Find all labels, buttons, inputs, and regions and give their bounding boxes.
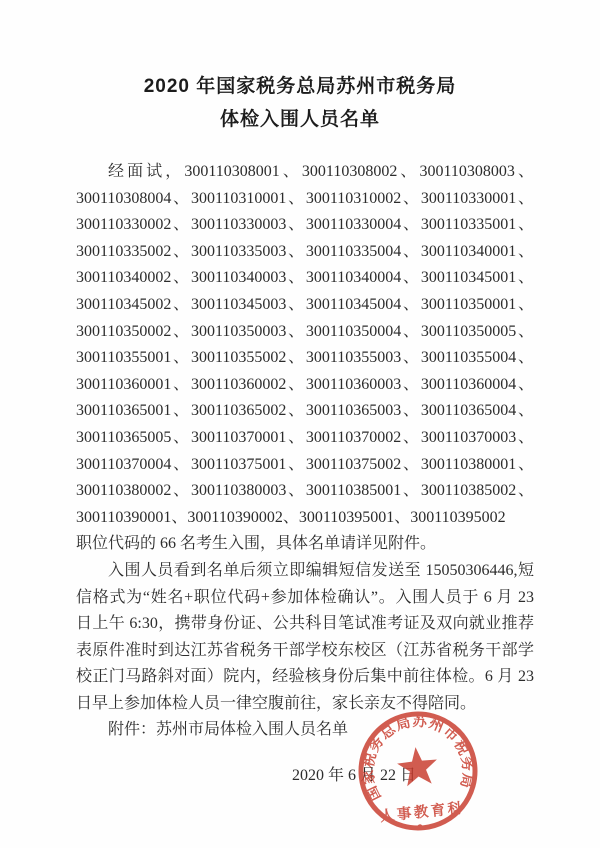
text-line: 300110390001、300110390002、300110395001、3… [76,505,534,532]
notice-paragraph: 入围人员看到名单后须立即编辑短信发送至 15050306446,短信格式为“姓名… [76,558,534,718]
text-line: 日早上参加体检人员一律空腹前往，家长亲友不得陪同。 [76,691,534,718]
text-line: 300110335002、300110335003、300110335004、3… [76,239,534,266]
document-title: 2020 年国家税务总局苏州市税务局 体检入围人员名单 [0,0,600,136]
text-line: 300110360001、300110360002、300110360003、3… [76,372,534,399]
text-line: 300110308004、300110310001、300110310002、3… [76,186,534,213]
text-line: 300110365005、300110370001、300110370002、3… [76,425,534,452]
text-line: 入围人员看到名单后须立即编辑短信发送至 15050306446,短 [76,558,534,585]
seal-department-text: 人事教育科 [379,798,465,825]
text-line: 经面试，300110308001、300110308002、3001103080… [76,159,534,186]
text-line: 300110355001、300110355002、300110355003、3… [76,345,534,372]
text-line: 300110370004、300110375001、300110375002、3… [76,452,534,479]
text-line: 校正门马路斜对面）院内，经验核身份后集中前往体检。6 月 23 [76,664,534,691]
scanned-notice-document: 2020 年国家税务总局苏州市税务局 体检入围人员名单 经面试，30011030… [0,0,600,848]
candidate-code-list: 经面试，300110308001、300110308002、3001103080… [76,159,534,531]
title-line-2: 体检入围人员名单 [0,103,600,136]
text-line: 300110350002、300110350003、300110350004、3… [76,319,534,346]
text-line: 300110330002、300110330003、300110330004、3… [76,212,534,239]
text-line: 表原件准时到达江苏省税务干部学校东校区（江苏省税务干部学 [76,638,534,665]
document-body: 经面试，300110308001、300110308002、3001103080… [76,159,534,790]
text-line: 300110380002、300110380003、300110385001、3… [76,478,534,505]
text-line: 日上午 6:30，携带身份证、公共科目笔试准考证及双向就业推荐 [76,611,534,638]
attachment-line: 附件：苏州市局体检入围人员名单 [76,717,534,744]
title-line-1: 2020 年国家税务总局苏州市税务局 [0,70,600,103]
seal-dot [417,824,423,830]
text-line: 信格式为“姓名+职位代码+参加体检确认”。入围人员于 6 月 23 [76,585,534,612]
document-date: 2020 年 6 月 22 日 [76,763,534,790]
conclusion-line: 职位代码的 66 名考生入围，具体名单请详见附件。 [76,531,534,558]
text-line: 300110345002、300110345003、300110345004、3… [76,292,534,319]
text-line: 300110365001、300110365002、300110365003、3… [76,398,534,425]
text-line: 300110340002、300110340003、300110340004、3… [76,265,534,292]
